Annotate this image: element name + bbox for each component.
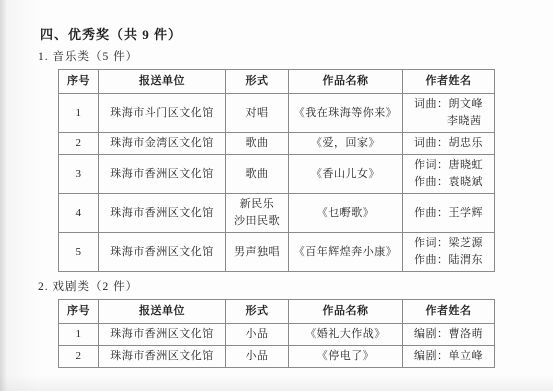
cell-line: 对唱 (227, 105, 287, 122)
serial-cell: 1 (59, 94, 99, 133)
cell-line: 珠海市金湾区文化馆 (100, 135, 224, 152)
work-title-cell: 《百年辉煌奔小康》 (289, 233, 403, 272)
cell-line: 《爱，回家》 (290, 135, 401, 152)
serial-cell: 3 (59, 155, 99, 194)
form-cell: 歌曲 (226, 133, 289, 155)
cell-line: 《婚礼大作战》 (290, 326, 401, 343)
column-header: 序号 (59, 300, 99, 324)
cell-line: 小品 (227, 348, 287, 365)
column-header: 作品名称 (289, 300, 403, 324)
form-cell: 小品 (226, 324, 289, 346)
cell-line: 作曲：王学辉 (414, 205, 483, 222)
cell-line: 2 (60, 135, 97, 152)
serial-cell: 4 (59, 194, 99, 233)
unit-cell: 珠海市香洲区文化馆 (99, 233, 226, 272)
cell-line: 新民乐 (227, 196, 287, 213)
work-title-cell: 《爱，回家》 (289, 133, 403, 155)
form-cell: 新民乐沙田民歌 (226, 194, 289, 233)
table-header-row: 序号报送单位形式作品名称作者姓名 (59, 70, 495, 94)
page-title: 四、优秀奖（共 9 件） (40, 26, 553, 43)
cell-line: 珠海市香洲区文化馆 (100, 166, 224, 183)
author-cell: 编剧：单立峰 (403, 346, 495, 368)
table-row: 5珠海市香洲区文化馆男声独唱《百年辉煌奔小康》作词：梁芝源作曲：陆渭东 (59, 233, 495, 272)
unit-cell: 珠海市香洲区文化馆 (99, 324, 226, 346)
cell-line: 珠海市斗门区文化馆 (100, 105, 224, 122)
table-header-row: 序号报送单位形式作品名称作者姓名 (59, 300, 495, 324)
author-cell: 作曲：王学辉 (403, 194, 495, 233)
music-awards-table: 序号报送单位形式作品名称作者姓名 1珠海市斗门区文化馆对唱《我在珠海等你来》词曲… (58, 69, 495, 272)
cell-line: 1 (60, 105, 97, 122)
unit-cell: 珠海市金湾区文化馆 (99, 133, 226, 155)
unit-cell: 珠海市香洲区文化馆 (99, 346, 226, 368)
unit-cell: 珠海市斗门区文化馆 (99, 94, 226, 133)
author-block: 词曲：胡忠乐 (414, 135, 483, 152)
column-header: 作者姓名 (403, 300, 495, 324)
cell-line: 作曲：袁晓斌 (414, 174, 483, 191)
author-cell: 词曲：胡忠乐 (403, 133, 495, 155)
cell-line: 作曲：陆渭东 (414, 252, 483, 269)
table-row: 3珠海市香洲区文化馆歌曲《香山儿女》作词：唐晓虹作曲：袁晓斌 (59, 155, 495, 194)
section-label-music: 1. 音乐类（5 件） (38, 50, 553, 65)
table-row: 1珠海市香洲区文化馆小品《婚礼大作战》编剧：曹洛萌 (59, 324, 495, 346)
cell-line: 珠海市香洲区文化馆 (100, 205, 224, 222)
unit-cell: 珠海市香洲区文化馆 (99, 155, 226, 194)
author-cell: 编剧：曹洛萌 (403, 324, 495, 346)
unit-cell: 珠海市香洲区文化馆 (99, 194, 226, 233)
form-cell: 小品 (226, 346, 289, 368)
cell-line: 《停电了》 (290, 348, 401, 365)
table-row: 2珠海市金湾区文化馆歌曲《爱，回家》词曲：胡忠乐 (59, 133, 495, 155)
column-header: 报送单位 (99, 300, 226, 324)
author-cell: 作词：唐晓虹作曲：袁晓斌 (403, 155, 495, 194)
cell-line: 1 (60, 326, 97, 343)
form-cell: 对唱 (226, 94, 289, 133)
cell-line: 词曲：胡忠乐 (414, 135, 483, 152)
section-label-drama: 2. 戏剧类（2 件） (38, 280, 553, 295)
column-header: 序号 (59, 70, 99, 94)
cell-line: 小品 (227, 326, 287, 343)
table-row: 2珠海市香洲区文化馆小品《停电了》编剧：单立峰 (59, 346, 495, 368)
work-title-cell: 《婚礼大作战》 (289, 324, 403, 346)
author-block: 编剧：单立峰 (414, 348, 483, 365)
work-title-cell: 《香山儿女》 (289, 155, 403, 194)
author-cell: 词曲：朗文峰李晓茜 (403, 94, 495, 133)
cell-line: 2 (60, 348, 97, 365)
author-cell: 作词：梁芝源作曲：陆渭东 (403, 233, 495, 272)
serial-cell: 2 (59, 346, 99, 368)
cell-line: 5 (60, 244, 97, 261)
author-block: 编剧：曹洛萌 (414, 326, 483, 343)
author-block: 词曲：朗文峰李晓茜 (414, 96, 483, 130)
author-block: 作词：梁芝源作曲：陆渭东 (414, 235, 483, 269)
table-row: 4珠海市香洲区文化馆新民乐沙田民歌《乜嘢歌》作曲：王学辉 (59, 194, 495, 233)
cell-line: 沙田民歌 (227, 213, 287, 230)
cell-line: 编剧：曹洛萌 (414, 326, 483, 343)
work-title-cell: 《乜嘢歌》 (289, 194, 403, 233)
cell-line: 珠海市香洲区文化馆 (100, 348, 224, 365)
column-header: 作者姓名 (403, 70, 495, 94)
column-header: 报送单位 (99, 70, 226, 94)
drama-awards-table: 序号报送单位形式作品名称作者姓名 1珠海市香洲区文化馆小品《婚礼大作战》编剧：曹… (58, 299, 495, 368)
table-row: 1珠海市斗门区文化馆对唱《我在珠海等你来》词曲：朗文峰李晓茜 (59, 94, 495, 133)
column-header: 作品名称 (289, 70, 403, 94)
cell-line: 男声独唱 (227, 244, 287, 261)
cell-line: 作词：梁芝源 (414, 235, 483, 252)
work-title-cell: 《停电了》 (289, 346, 403, 368)
cell-line: 《我在珠海等你来》 (290, 105, 401, 122)
serial-cell: 5 (59, 233, 99, 272)
cell-line: 《百年辉煌奔小康》 (290, 244, 401, 261)
serial-cell: 2 (59, 133, 99, 155)
document-page: 四、优秀奖（共 9 件） 1. 音乐类（5 件） 序号报送单位形式作品名称作者姓… (0, 0, 553, 368)
cell-line: 歌曲 (227, 135, 287, 152)
work-title-cell: 《我在珠海等你来》 (289, 94, 403, 133)
form-cell: 男声独唱 (226, 233, 289, 272)
form-cell: 歌曲 (226, 155, 289, 194)
serial-cell: 1 (59, 324, 99, 346)
cell-line: 《乜嘢歌》 (290, 205, 401, 222)
cell-line: 李晓茜 (414, 113, 483, 130)
author-block: 作词：唐晓虹作曲：袁晓斌 (414, 157, 483, 191)
cell-line: 作词：唐晓虹 (414, 157, 483, 174)
author-block: 作曲：王学辉 (414, 205, 483, 222)
cell-line: 3 (60, 166, 97, 183)
column-header: 形式 (226, 300, 289, 324)
cell-line: 珠海市香洲区文化馆 (100, 326, 224, 343)
cell-line: 4 (60, 205, 97, 222)
column-header: 形式 (226, 70, 289, 94)
cell-line: 珠海市香洲区文化馆 (100, 244, 224, 261)
cell-line: 编剧：单立峰 (414, 348, 483, 365)
cell-line: 歌曲 (227, 166, 287, 183)
cell-line: 《香山儿女》 (290, 166, 401, 183)
cell-line: 词曲：朗文峰 (414, 96, 483, 113)
